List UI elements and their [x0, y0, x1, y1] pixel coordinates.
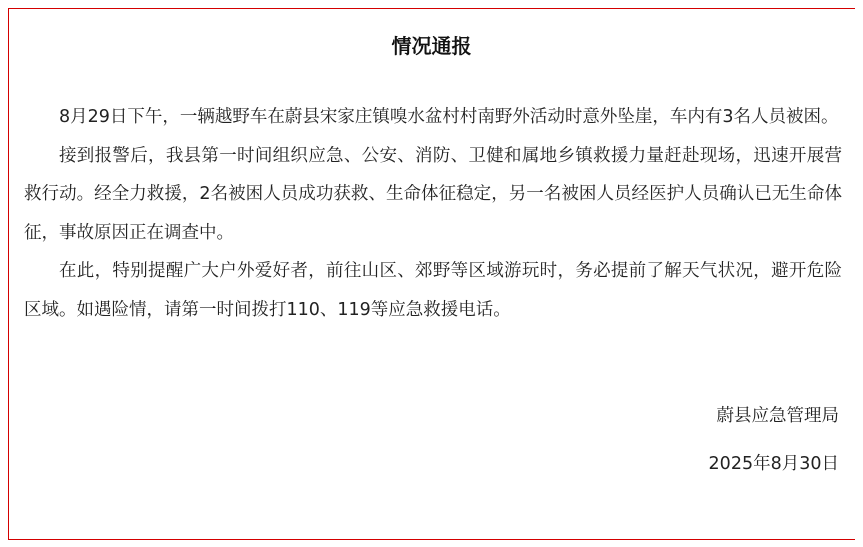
paragraph-incident: 8月29日下午，一辆越野车在蔚县宋家庄镇嗅水盆村村南野外活动时意外坠崖，车内有3… — [24, 98, 842, 137]
notice-title: 情况通报 — [0, 30, 863, 59]
paragraph-reminder: 在此，特别提醒广大户外爱好者，前往山区、郊野等区域游玩时，务必提前了解天气状况，… — [24, 252, 842, 329]
issuer: 蔚县应急管理局 — [717, 402, 840, 427]
paragraph-rescue: 接到报警后，我县第一时间组织应急、公安、消防、卫健和属地乡镇救援力量赶赴现场，迅… — [24, 137, 842, 253]
issue-date: 2025年8月30日 — [709, 450, 839, 475]
notice-body: 8月29日下午，一辆越野车在蔚县宋家庄镇嗅水盆村村南野外活动时意外坠崖，车内有3… — [24, 98, 842, 329]
